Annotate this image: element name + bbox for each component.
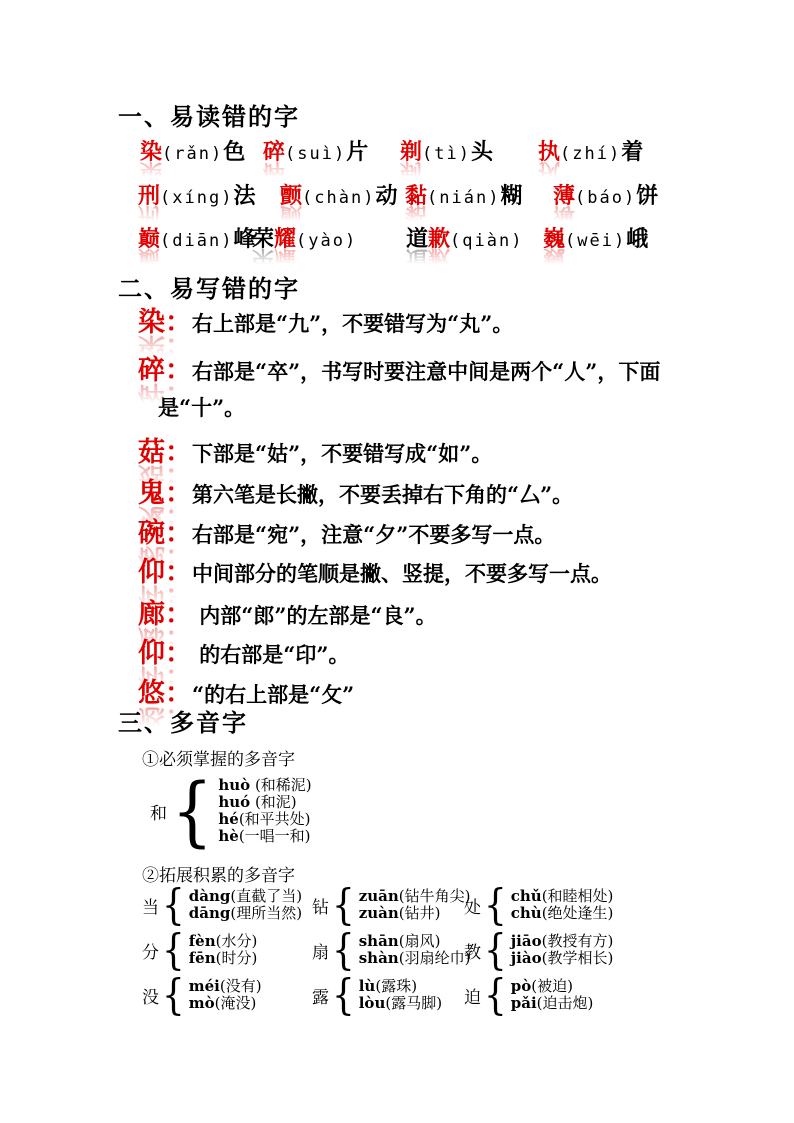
- word-char-wrap: 巅: [138, 222, 160, 253]
- group-lines: pò(被迫) pǎi(迫击炮): [511, 978, 594, 1012]
- pinyin: shàn: [359, 949, 399, 967]
- word-suffix: 色: [223, 139, 245, 165]
- word-entry: 颤(chàn)动: [280, 179, 397, 210]
- brace: {: [172, 773, 213, 849]
- miswrite-entry: 鬼：第六笔是长撇，不要丢掉右下角的“厶”。: [138, 471, 573, 510]
- pinyin: hé: [218, 810, 238, 828]
- entry-text: 中间部分的笔顺是撇、竖提，不要多写一点。: [192, 561, 612, 586]
- polyphone-group: 教{ jiāo(教授有方) jiào(教学相长): [464, 929, 613, 971]
- example: (时分): [216, 949, 258, 967]
- polyphone-group: 分{ fèn(水分) fēn(时分): [142, 929, 257, 971]
- brace: {: [162, 974, 185, 1016]
- brace: {: [162, 929, 185, 971]
- example: (水分): [216, 932, 258, 950]
- word-entry: 黏(nián)糊: [405, 179, 522, 210]
- word-char-wrap: 颤: [280, 179, 302, 210]
- example: (钻井): [399, 904, 441, 922]
- example: (钻牛角尖): [399, 887, 471, 905]
- pinyin: zuān: [359, 887, 399, 905]
- group-char: 分: [142, 938, 159, 963]
- entry-char: 碗：: [138, 511, 192, 550]
- example: (和稀泥): [250, 776, 311, 794]
- group-char: 和: [150, 799, 167, 824]
- pinyin: shān: [359, 932, 399, 950]
- entry-text: 右部是“卒”，书写时要注意中间是两个“人”，下面: [192, 359, 660, 384]
- word-char: 染: [140, 139, 162, 165]
- group-char: 钻: [312, 893, 329, 918]
- brace: {: [162, 884, 185, 926]
- example: (扇风): [399, 932, 441, 950]
- document-page: 一、易读错的字 染(rǎn)色 碎(suì)片 剃(tì)头 执(zhí)着 刑…: [0, 0, 794, 1123]
- word-entry: 道歉(qiàn): [406, 222, 523, 253]
- polyphone-group: 迫{ pò(被迫) pǎi(迫击炮): [464, 974, 593, 1016]
- entry-text: 是“十”。: [158, 395, 245, 420]
- word-suffix: 动: [375, 183, 397, 209]
- word-suffix: 糊: [500, 183, 522, 209]
- pinyin: pò: [511, 977, 532, 995]
- example: (绝处逢生): [542, 904, 614, 922]
- miswrite-entry: 廊： 内部“郎”的左部是“良”。: [138, 592, 437, 631]
- word-pinyin: (zhí): [560, 144, 621, 164]
- word-pinyin: (tì): [422, 144, 471, 164]
- polyphone-group: 扇{ shān(扇风) shàn(羽扇纶巾): [312, 929, 470, 971]
- word-char-wrap: 执: [538, 135, 560, 166]
- group-lines: méi(没有) mò(淹没): [189, 978, 262, 1012]
- group-char: 扇: [312, 938, 329, 963]
- pinyin: huó: [218, 793, 250, 811]
- word-pinyin: (diān): [160, 231, 233, 251]
- group-lines: zuān(钻牛角尖) zuàn(钻井): [359, 888, 471, 922]
- group-char: 没: [142, 983, 159, 1008]
- word-prefix: 道: [406, 226, 428, 252]
- word-char-wrap: 碎: [263, 135, 285, 166]
- word-char-wrap: 染: [140, 135, 162, 166]
- word-char: 刑: [138, 183, 160, 209]
- group-lines: jiāo(教授有方) jiào(教学相长): [511, 933, 614, 967]
- word-pinyin: (báo): [575, 188, 636, 208]
- example: (露马脚): [385, 994, 442, 1012]
- word-suffix: 法: [233, 183, 255, 209]
- example: (和泥): [250, 793, 296, 811]
- pinyin: fēn: [189, 949, 216, 967]
- polyphone-group: 当{ dàng(直截了当) dāng(理所当然): [142, 884, 302, 926]
- example: (理所当然): [230, 904, 302, 922]
- polyphone-group: 没{ méi(没有) mò(淹没): [142, 974, 262, 1016]
- pinyin: méi: [189, 977, 220, 995]
- example: (和睦相处): [542, 887, 614, 905]
- word-char: 巅: [138, 226, 160, 252]
- word-entry: 剃(tì)头: [400, 135, 493, 166]
- entry-text: 右上部是“九”，不要错写为“丸”。: [192, 311, 513, 336]
- entry-text: 的右部是“印”。: [192, 642, 349, 667]
- word-char: 碎: [263, 139, 285, 165]
- group-lines: fèn(水分) fēn(时分): [189, 933, 258, 967]
- word-char-wrap: 薄: [553, 179, 575, 210]
- group-lines: chǔ(和睦相处) chù(绝处逢生): [511, 888, 614, 922]
- pinyin: mò: [189, 994, 215, 1012]
- word-suffix: 头: [471, 139, 493, 165]
- word-suffix: 饼: [636, 183, 658, 209]
- pinyin: fèn: [189, 932, 216, 950]
- polyphone-group: 露{ lù(露珠) lòu(露马脚): [312, 974, 442, 1016]
- word-entry: 荣耀(yào): [252, 222, 357, 253]
- example: (没有): [220, 977, 262, 995]
- miswrite-entry: 碎：右部是“卒”，书写时要注意中间是两个“人”，下面: [138, 348, 660, 387]
- word-char: 薄: [553, 183, 575, 209]
- pinyin: lù: [359, 977, 376, 995]
- pinyin: chù: [511, 904, 542, 922]
- brace: {: [484, 929, 507, 971]
- example: (教学相长): [542, 949, 614, 967]
- polyphone-group-he: 和{ huò (和稀泥) huó (和泥) hé(和平共处) hè(一唱一和): [150, 773, 312, 849]
- section1-title: 一、易读错的字: [118, 97, 300, 132]
- word-char: 剃: [400, 139, 422, 165]
- word-char: 巍: [543, 226, 565, 252]
- word-suffix: 着: [621, 139, 643, 165]
- word-char-wrap: 黏: [405, 179, 427, 210]
- example: (被迫): [531, 977, 573, 995]
- entry-char: 仰：: [138, 631, 192, 670]
- example: (和平共处): [239, 810, 311, 828]
- miswrite-entry: 仰： 的右部是“印”。: [138, 631, 349, 670]
- pinyin: dāng: [189, 904, 231, 922]
- word-pinyin: (chàn): [302, 188, 375, 208]
- group-lines: dàng(直截了当) dāng(理所当然): [189, 888, 302, 922]
- pinyin: jiāo: [511, 932, 542, 950]
- word-pinyin: (nián): [427, 188, 500, 208]
- entry-text: 右部是“宛”，注意“夕”不要多写一点。: [192, 522, 555, 547]
- group-lines: shān(扇风) shàn(羽扇纶巾): [359, 933, 471, 967]
- example: (一唱一和): [239, 827, 311, 845]
- polyphone-group: 处{ chǔ(和睦相处) chù(绝处逢生): [464, 884, 613, 926]
- word-char: 执: [538, 139, 560, 165]
- group-char: 教: [464, 938, 481, 963]
- word-suffix: 片: [346, 139, 368, 165]
- word-char: 颤: [280, 183, 302, 209]
- pinyin: huò: [218, 776, 250, 794]
- brace: {: [484, 884, 507, 926]
- group-char: 处: [464, 893, 481, 918]
- example: (迫击炮): [537, 994, 594, 1012]
- entry-char: 廊：: [138, 592, 192, 631]
- word-char-wrap: 巍: [543, 222, 565, 253]
- word-pinyin: (yào): [296, 231, 357, 251]
- word-pinyin: (suì): [285, 144, 346, 164]
- example: (羽扇纶巾): [399, 949, 471, 967]
- group-char: 当: [142, 893, 159, 918]
- miswrite-entry-continuation: 是“十”。: [158, 392, 245, 422]
- word-pinyin: (rǎn): [162, 144, 223, 164]
- word-entry: 巍(wēi)峨: [543, 222, 648, 253]
- word-entry: 执(zhí)着: [538, 135, 643, 166]
- pinyin: lòu: [359, 994, 386, 1012]
- word-prefix: 荣: [252, 226, 274, 252]
- group-lines: lù(露珠) lòu(露马脚): [359, 978, 442, 1012]
- group-lines: huò (和稀泥) huó (和泥) hé(和平共处) hè(一唱一和): [218, 777, 311, 845]
- entry-char: 碎：: [138, 348, 192, 387]
- entry-text: 第六笔是长撇，不要丢掉右下角的“厶”。: [192, 482, 573, 507]
- polyphone-group: 钻{ zuān(钻牛角尖) zuàn(钻井): [312, 884, 471, 926]
- pinyin: dàng: [189, 887, 231, 905]
- pinyin: zuàn: [359, 904, 399, 922]
- example: (淹没): [215, 994, 257, 1012]
- word-entry: 刑(xíng)法: [138, 179, 255, 210]
- example: (教授有方): [542, 932, 614, 950]
- miswrite-entry: 菇：下部是“姑”，不要错写成“如”。: [138, 430, 492, 469]
- word-suffix: 峨: [626, 226, 648, 252]
- brace: {: [484, 974, 507, 1016]
- entry-text: 内部“郎”的左部是“良”。: [192, 603, 437, 628]
- brace: {: [332, 884, 355, 926]
- brace: {: [332, 974, 355, 1016]
- word-char-wrap: 刑: [138, 179, 160, 210]
- word-char-wrap: 荣耀: [252, 222, 296, 253]
- entry-char: 鬼：: [138, 471, 192, 510]
- group-char: 迫: [464, 983, 481, 1008]
- miswrite-entry: 碗：右部是“宛”，注意“夕”不要多写一点。: [138, 511, 555, 550]
- miswrite-entry: 仰：中间部分的笔顺是撇、竖提，不要多写一点。: [138, 550, 612, 589]
- subsection1-label: ①必须掌握的多音字: [142, 745, 295, 770]
- pinyin: chǔ: [511, 887, 542, 905]
- section3-title: 三、多音字: [118, 703, 248, 738]
- entry-text: 下部是“姑”，不要错写成“如”。: [192, 441, 492, 466]
- entry-char: 仰：: [138, 550, 192, 589]
- word-char: 歉: [428, 226, 450, 252]
- pinyin: hè: [218, 827, 238, 845]
- entry-char: 染：: [138, 300, 192, 339]
- section2-title: 二、易写错的字: [118, 269, 300, 304]
- word-char-wrap: 道歉: [406, 222, 450, 253]
- word-entry: 薄(báo)饼: [553, 179, 658, 210]
- word-char: 耀: [274, 226, 296, 252]
- brace: {: [332, 929, 355, 971]
- word-char-wrap: 剃: [400, 135, 422, 166]
- word-pinyin: (wēi): [565, 231, 626, 251]
- miswrite-entry: 染：右上部是“九”，不要错写为“丸”。: [138, 300, 513, 339]
- word-pinyin: (xíng): [160, 188, 233, 208]
- pinyin: pǎi: [511, 994, 537, 1012]
- example: (直截了当): [230, 887, 302, 905]
- entry-char: 菇：: [138, 430, 192, 469]
- word-entry: 巅(diān)峰: [138, 222, 255, 253]
- word-pinyin: (qiàn): [450, 231, 523, 251]
- word-char: 黏: [405, 183, 427, 209]
- example: (露珠): [375, 977, 417, 995]
- word-entry: 碎(suì)片: [263, 135, 368, 166]
- word-entry: 染(rǎn)色: [140, 135, 245, 166]
- pinyin: jiào: [511, 949, 542, 967]
- group-char: 露: [312, 983, 329, 1008]
